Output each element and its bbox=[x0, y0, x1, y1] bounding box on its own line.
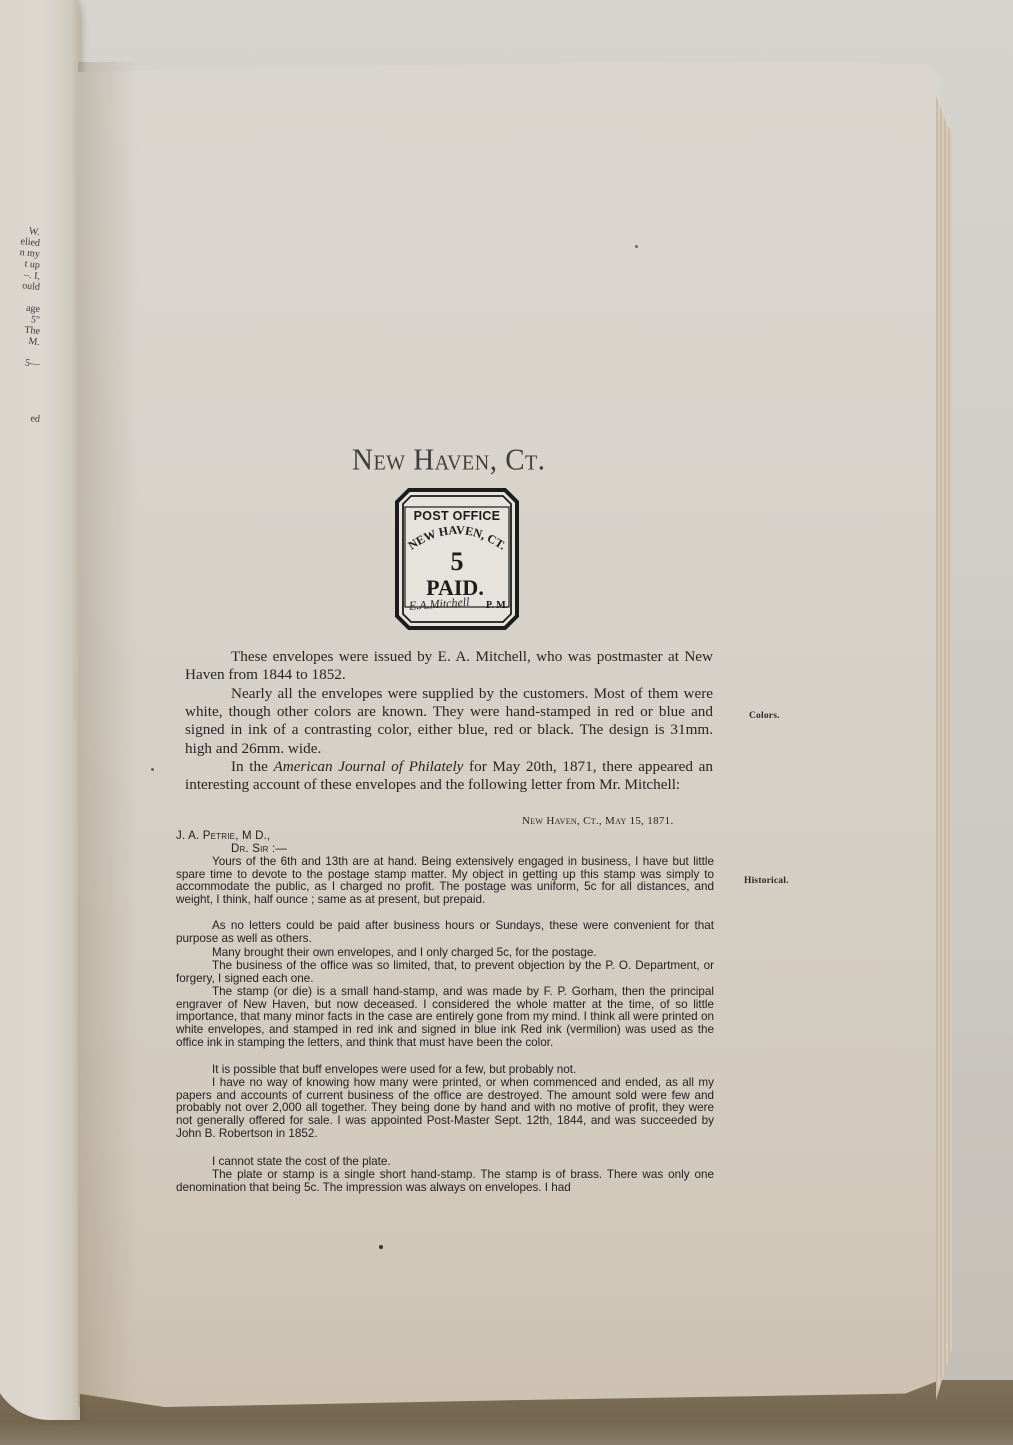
page-title: New Haven, Ct. bbox=[352, 443, 562, 478]
margin-note-historical: Historical. bbox=[744, 876, 789, 886]
letter-paragraph: I have no way of knowing how many were p… bbox=[176, 1077, 714, 1141]
letter-paragraph: Yours of the 6th and 13th are at hand. B… bbox=[176, 856, 714, 907]
stamp-icon: POST OFFICE NEW HAVEN, CT. 5 PAID. E.A.M… bbox=[395, 488, 519, 630]
svg-text:POST OFFICE: POST OFFICE bbox=[414, 509, 501, 523]
intro-paragraph: These envelopes were issued by E. A. Mit… bbox=[185, 648, 713, 684]
letter-paragraph: As no letters could be paid after busine… bbox=[176, 920, 714, 945]
svg-text:P. M.: P. M. bbox=[486, 600, 509, 611]
letter-paragraph: The plate or stamp is a single short han… bbox=[176, 1169, 714, 1194]
page-content: New Haven, Ct. POST OFFICE NEW HAVEN, CT… bbox=[0, 0, 1013, 1445]
colors-paragraph: Nearly all the envelopes were supplied b… bbox=[185, 685, 713, 758]
paper-speck bbox=[379, 1245, 383, 1249]
paper-speck bbox=[151, 768, 154, 771]
stamp-illustration: POST OFFICE NEW HAVEN, CT. 5 PAID. E.A.M… bbox=[395, 488, 519, 630]
letter-addressee: J. A. Petrie, M D., bbox=[176, 830, 270, 842]
letter-dateline: New Haven, Ct., May 15, 1871. bbox=[522, 815, 674, 827]
letter-paragraph: Many brought their own envelopes, and I … bbox=[176, 947, 714, 960]
svg-text:5: 5 bbox=[451, 547, 464, 576]
margin-note-colors: Colors. bbox=[749, 711, 780, 721]
letter-salutation: Dr. Sir :— bbox=[231, 843, 287, 855]
journal-title: American Journal of Philately bbox=[274, 758, 464, 775]
paper-speck bbox=[635, 245, 638, 248]
letter-paragraph: The stamp (or die) is a small hand-stamp… bbox=[176, 986, 714, 1050]
letter-paragraph: The business of the office was so limite… bbox=[176, 960, 714, 985]
journal-paragraph: In the American Journal of Philately for… bbox=[185, 758, 713, 794]
letter-paragraph: I cannot state the cost of the plate. bbox=[176, 1156, 714, 1169]
letter-paragraph: It is possible that buff envelopes were … bbox=[176, 1064, 714, 1077]
